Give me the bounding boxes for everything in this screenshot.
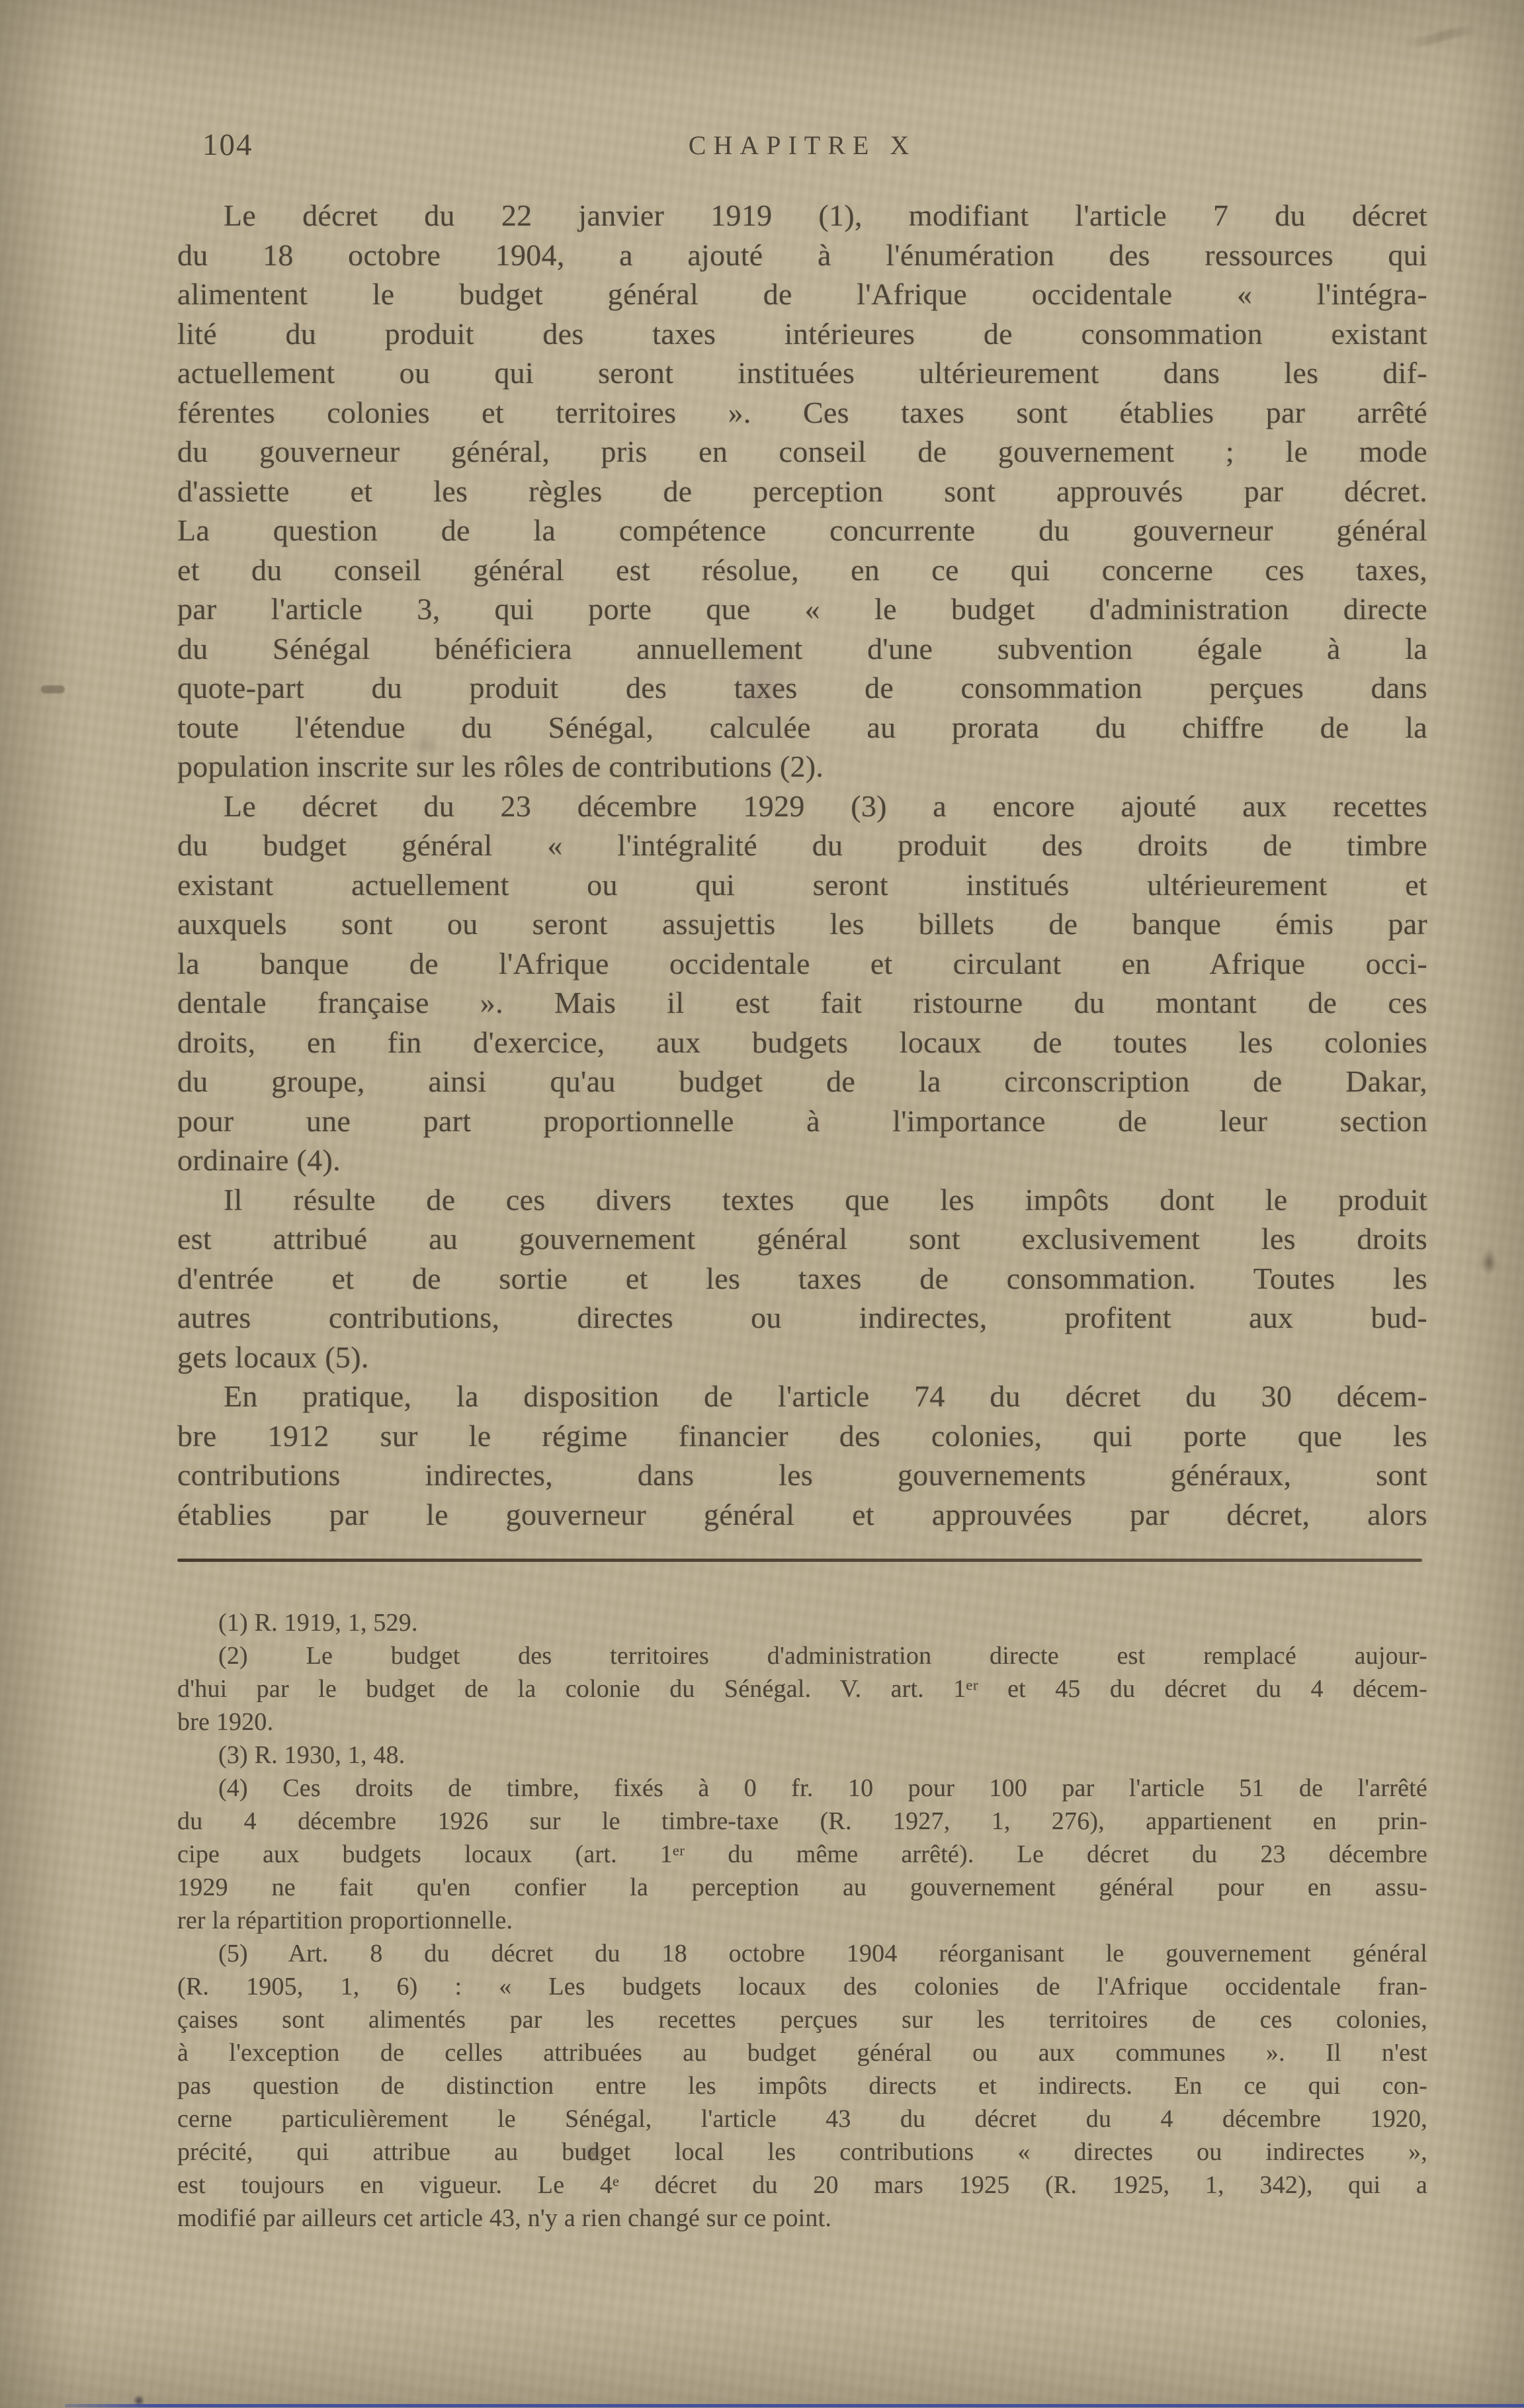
- text-line: la banque de l'Afrique occidentale et ci…: [177, 944, 1427, 984]
- running-title: CHAPITRE X: [177, 130, 1427, 161]
- paragraph: Le décret du 22 janvier 1919 (1), modifi…: [177, 196, 1427, 787]
- text-line: Il résulte de ces divers textes que les …: [177, 1180, 1427, 1220]
- text-line: et du conseil général est résolue, en ce…: [177, 550, 1427, 590]
- text-line: d'entrée et de sortie et les taxes de co…: [177, 1259, 1427, 1299]
- footnote-rule: [177, 1559, 1422, 1562]
- text-line: existant actuellement ou qui seront inst…: [177, 865, 1427, 905]
- text-line: d'assiette et les règles de perception s…: [177, 472, 1427, 511]
- text-line: Le décret du 22 janvier 1919 (1), modifi…: [177, 196, 1427, 236]
- text-line: actuellement ou qui seront instituées ul…: [177, 353, 1427, 393]
- text-line: établies par le gouverneur général et ap…: [177, 1495, 1427, 1535]
- footnote-line: est toujours en vigueur. Le 4ᵉ décret du…: [177, 2169, 1427, 2202]
- scan-artifact-blue-line: [65, 2404, 1524, 2407]
- text-line: du 18 octobre 1904, a ajouté à l'énuméra…: [177, 236, 1427, 275]
- text-line: gets locaux (5).: [177, 1338, 1427, 1377]
- text-line: contributions indirectes, dans les gouve…: [177, 1455, 1427, 1495]
- footnote-line: à l'exception de celles attribuées au bu…: [177, 2036, 1427, 2069]
- text-line: droits, en fin d'exercice, aux budgets l…: [177, 1023, 1427, 1062]
- paragraph: En pratique, la disposition de l'article…: [177, 1377, 1427, 1534]
- footnote-line: précité, qui attribue au budget local le…: [177, 2135, 1427, 2169]
- text-line: du gouverneur général, pris en conseil d…: [177, 432, 1427, 472]
- text-line: autres contributions, directes ou indire…: [177, 1298, 1427, 1338]
- footnote-line: (5) Art. 8 du décret du 18 octobre 1904 …: [177, 1937, 1427, 1970]
- footnote-line: cerne particulièrement le Sénégal, l'art…: [177, 2102, 1427, 2135]
- paragraph: Il résulte de ces divers textes que les …: [177, 1180, 1427, 1377]
- margin-mark: [41, 685, 65, 693]
- text-line: dentale française ». Mais il est fait ri…: [177, 983, 1427, 1023]
- text-line: du budget général « l'intégralité du pro…: [177, 826, 1427, 865]
- footnote: (4) Ces droits de timbre, fixés à 0 fr. …: [177, 1772, 1427, 1937]
- body-text: Le décret du 22 janvier 1919 (1), modifi…: [177, 196, 1427, 1534]
- footnote-line: pas question de distinction entre les im…: [177, 2069, 1427, 2102]
- text-line: toute l'étendue du Sénégal, calculée au …: [177, 708, 1427, 748]
- footnote-line: (1) R. 1919, 1, 529.: [177, 1606, 1427, 1639]
- footnote-line: modifié par ailleurs cet article 43, n'y…: [177, 2202, 1427, 2235]
- footnotes: (1) R. 1919, 1, 529. (2) Le budget des t…: [177, 1606, 1427, 2235]
- page-header: 104 CHAPITRE X: [177, 127, 1427, 167]
- text-line: pour une part proportionnelle à l'import…: [177, 1101, 1427, 1141]
- text-line: auxquels sont ou seront assujettis les b…: [177, 904, 1427, 944]
- footnote-line: cipe aux budgets locaux (art. 1ᵉʳ du mêm…: [177, 1838, 1427, 1871]
- footnote-line: d'hui par le budget de la colonie du Sén…: [177, 1672, 1427, 1705]
- footnote: (1) R. 1919, 1, 529.: [177, 1606, 1427, 1639]
- text-line: quote-part du produit des taxes de conso…: [177, 668, 1427, 708]
- text-line: Le décret du 23 décembre 1929 (3) a enco…: [177, 787, 1427, 826]
- footnote-line: çaises sont alimentés par les recettes p…: [177, 2003, 1427, 2036]
- text-line: En pratique, la disposition de l'article…: [177, 1377, 1427, 1416]
- footnote-line: rer la répartition proportionnelle.: [177, 1904, 1427, 1937]
- footnote-line: (R. 1905, 1, 6) : « Les budgets locaux d…: [177, 1970, 1427, 2003]
- footnote: (5) Art. 8 du décret du 18 octobre 1904 …: [177, 1937, 1427, 2235]
- text-line: du Sénégal bénéficiera annuellement d'un…: [177, 629, 1427, 669]
- paper-stain: [1480, 1249, 1498, 1275]
- text-line: ordinaire (4).: [177, 1140, 1427, 1180]
- text-line: par l'article 3, qui porte que « le budg…: [177, 589, 1427, 629]
- paragraph: Le décret du 23 décembre 1929 (3) a enco…: [177, 787, 1427, 1180]
- text-line: alimentent le budget général de l'Afriqu…: [177, 275, 1427, 314]
- text-line: La question de la compétence concurrente…: [177, 511, 1427, 550]
- footnote-line: bre 1920.: [177, 1705, 1427, 1739]
- text-line: du groupe, ainsi qu'au budget de la circ…: [177, 1062, 1427, 1101]
- text-line: population inscrite sur les rôles de con…: [177, 747, 1427, 787]
- text-line: bre 1912 sur le régime financier des col…: [177, 1416, 1427, 1456]
- footnote: (3) R. 1930, 1, 48.: [177, 1739, 1427, 1772]
- scratch-mark: [1402, 22, 1482, 51]
- footnote-line: (3) R. 1930, 1, 48.: [177, 1739, 1427, 1772]
- text-line: est attribué au gouvernement général son…: [177, 1219, 1427, 1259]
- footnote: (2) Le budget des territoires d'administ…: [177, 1639, 1427, 1739]
- text-line: lité du produit des taxes intérieures de…: [177, 314, 1427, 354]
- footnote-line: 1929 ne fait qu'en confier la perception…: [177, 1871, 1427, 1904]
- scanned-book-page: 104 CHAPITRE X Le décret du 22 janvier 1…: [0, 0, 1524, 2408]
- footnote-line: (4) Ces droits de timbre, fixés à 0 fr. …: [177, 1772, 1427, 1805]
- footnote-line: (2) Le budget des territoires d'administ…: [177, 1639, 1427, 1672]
- footnote-line: du 4 décembre 1926 sur le timbre-taxe (R…: [177, 1805, 1427, 1838]
- text-line: férentes colonies et territoires ». Ces …: [177, 393, 1427, 433]
